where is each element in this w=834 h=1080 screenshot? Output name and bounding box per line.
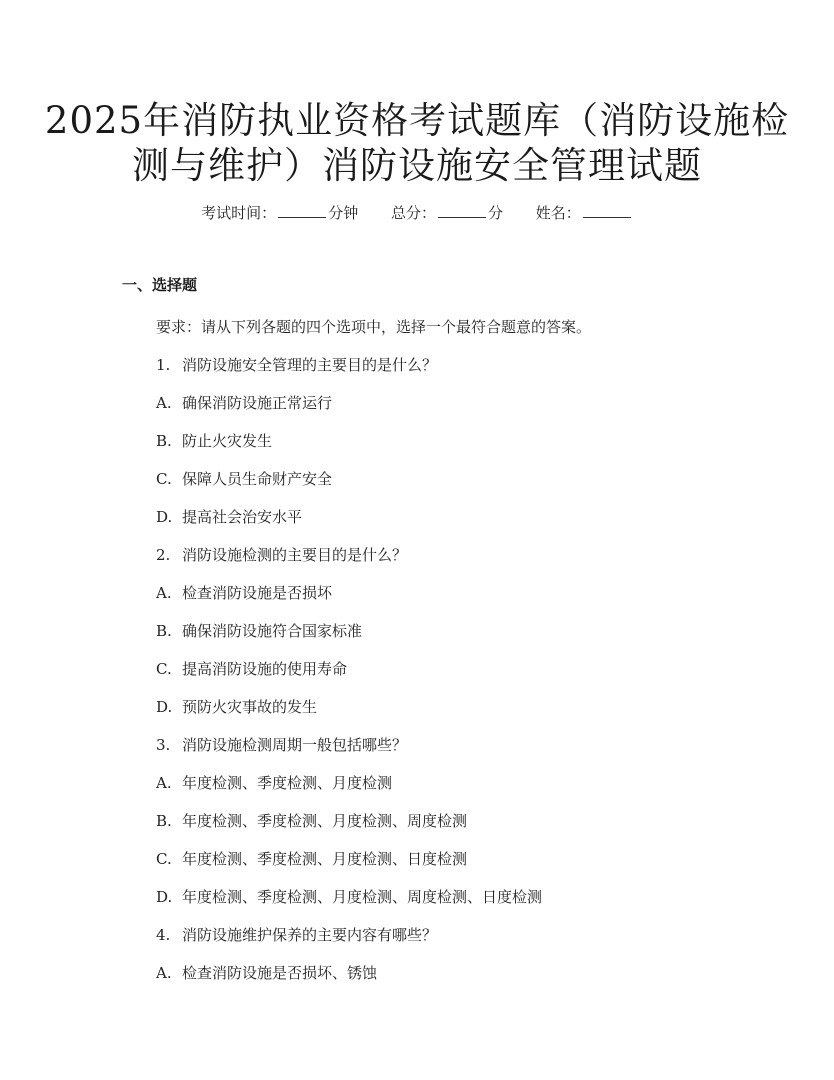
option-label: D. <box>156 888 182 906</box>
total-score-unit: 分 <box>488 204 503 222</box>
option-text: 检查消防设施是否损坏、锈蚀 <box>182 964 377 982</box>
option-label: A. <box>156 394 182 412</box>
option-label: B. <box>156 812 182 830</box>
question-3-option-a: A.年度检测、季度检测、月度检测 <box>156 772 392 793</box>
question-number: 3. <box>156 736 182 754</box>
section-title: 一、选择题 <box>122 274 197 295</box>
option-text: 确保消防设施正常运行 <box>182 394 332 412</box>
option-label: A. <box>156 774 182 792</box>
option-label: D. <box>156 698 182 716</box>
question-number: 4. <box>156 926 182 944</box>
exam-time-unit: 分钟 <box>328 204 358 222</box>
question-text: 消防设施检测的主要目的是什么？ <box>182 546 407 564</box>
option-label: C. <box>156 850 182 868</box>
question-3-option-b: B.年度检测、季度检测、月度检测、周度检测 <box>156 810 467 831</box>
question-3-option-c: C.年度检测、季度检测、月度检测、日度检测 <box>156 848 467 869</box>
question-3: 3.消防设施检测周期一般包括哪些？ <box>156 734 407 755</box>
question-4-option-a: A.检查消防设施是否损坏、锈蚀 <box>156 962 377 983</box>
total-score-blank <box>438 203 486 218</box>
option-label: C. <box>156 660 182 678</box>
question-1-option-d: D.提高社会治安水平 <box>156 506 302 527</box>
exam-time: 考试时间：分钟 <box>201 204 363 222</box>
option-text: 年度检测、季度检测、月度检测、日度检测 <box>182 850 467 868</box>
option-label: A. <box>156 584 182 602</box>
question-4: 4.消防设施维护保养的主要内容有哪些？ <box>156 924 437 945</box>
student-name-blank <box>583 203 631 218</box>
option-text: 提高消防设施的使用寿命 <box>182 660 347 678</box>
question-text: 消防设施维护保养的主要内容有哪些？ <box>182 926 437 944</box>
question-2-option-d: D.预防火灾事故的发生 <box>156 696 317 717</box>
option-label: B. <box>156 432 182 450</box>
question-number: 1. <box>156 356 182 374</box>
total-score: 总分：分 <box>391 204 508 222</box>
option-text: 提高社会治安水平 <box>182 508 302 526</box>
question-2-option-b: B.确保消防设施符合国家标准 <box>156 620 362 641</box>
question-2-option-c: C.提高消防设施的使用寿命 <box>156 658 347 679</box>
option-label: C. <box>156 470 182 488</box>
question-1: 1.消防设施安全管理的主要目的是什么？ <box>156 354 437 375</box>
question-1-option-b: B.防止火灾发生 <box>156 430 272 451</box>
document-title-line-1: 2025年消防执业资格考试题库（消防设施检 <box>0 96 834 146</box>
question-3-option-d: D.年度检测、季度检测、月度检测、周度检测、日度检测 <box>156 886 542 907</box>
option-text: 保障人员生命财产安全 <box>182 470 332 488</box>
option-text: 年度检测、季度检测、月度检测、周度检测、日度检测 <box>182 888 542 906</box>
question-1-option-a: A.确保消防设施正常运行 <box>156 392 332 413</box>
question-1-option-c: C.保障人员生命财产安全 <box>156 468 332 489</box>
option-text: 年度检测、季度检测、月度检测 <box>182 774 392 792</box>
student-name: 姓名： <box>536 204 633 222</box>
question-2-option-a: A.检查消防设施是否损坏 <box>156 582 332 603</box>
option-text: 年度检测、季度检测、月度检测、周度检测 <box>182 812 467 830</box>
option-label: A. <box>156 964 182 982</box>
option-text: 确保消防设施符合国家标准 <box>182 622 362 640</box>
exam-time-blank <box>278 203 326 218</box>
student-name-label: 姓名： <box>536 204 581 222</box>
exam-time-label: 考试时间： <box>201 204 276 222</box>
total-score-label: 总分： <box>391 204 436 222</box>
question-text: 消防设施检测周期一般包括哪些？ <box>182 736 407 754</box>
document-title-line-2: 测与维护）消防设施安全管理试题 <box>0 141 834 191</box>
option-label: D. <box>156 508 182 526</box>
option-label: B. <box>156 622 182 640</box>
question-text: 消防设施安全管理的主要目的是什么？ <box>182 356 437 374</box>
question-number: 2. <box>156 546 182 564</box>
exam-meta: 考试时间：分钟 总分：分 姓名： <box>0 202 834 223</box>
instruction: 要求：请从下列各题的四个选项中，选择一个最符合题意的答案。 <box>156 316 591 337</box>
option-text: 预防火灾事故的发生 <box>182 698 317 716</box>
question-2: 2.消防设施检测的主要目的是什么？ <box>156 544 407 565</box>
option-text: 检查消防设施是否损坏 <box>182 584 332 602</box>
option-text: 防止火灾发生 <box>182 432 272 450</box>
